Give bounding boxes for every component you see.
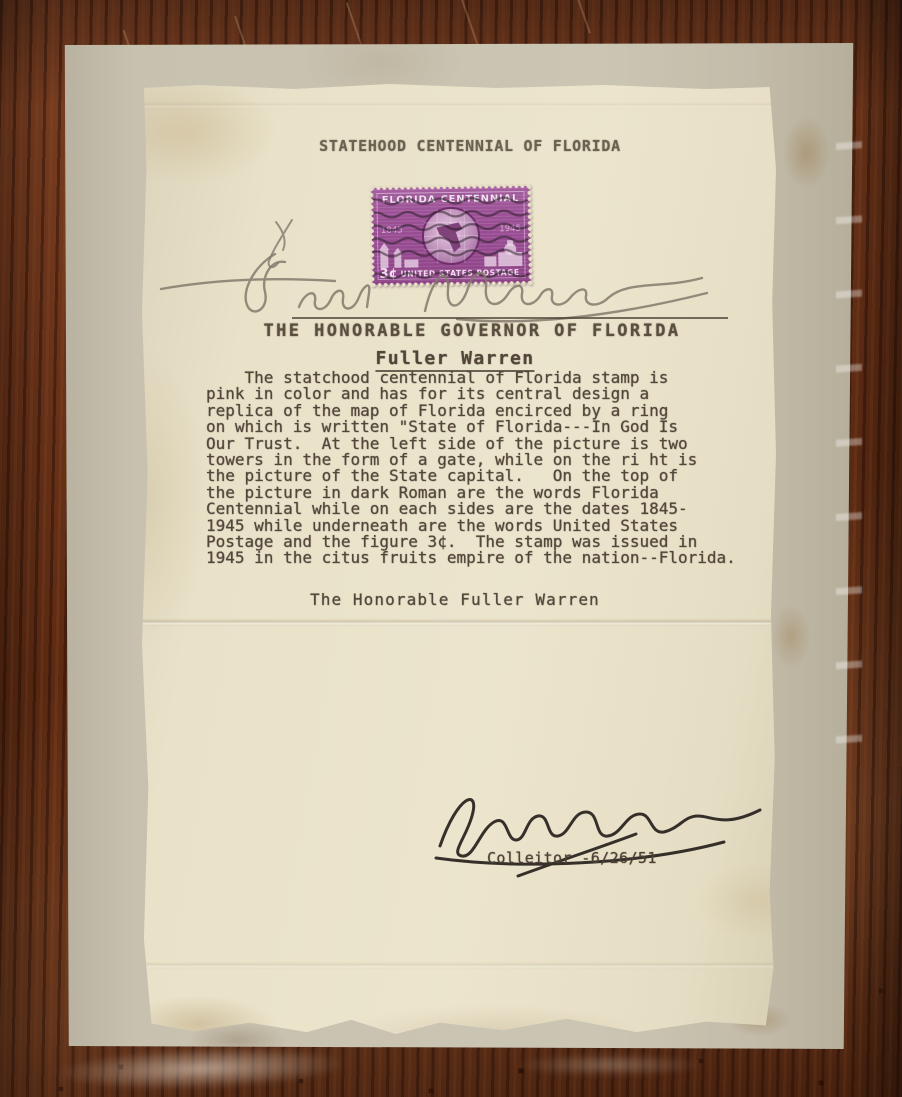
document-title: STATEHOOD CENTENNIAL OF FLORIDA [319,137,621,155]
document-page: STATEHOOD CENTENNIAL OF FLORIDA FLORIDA … [142,84,776,1034]
plastic-sleeve-edge-shine [836,120,862,760]
document-body: The statchood centennial of Florida stam… [206,370,736,567]
paper-crease-lower [142,962,776,969]
plastic-sleeve-bottom-shine-2 [480,1052,740,1078]
wood-grain-specks [0,0,2,2]
photo-of-document-on-wood-table: STATEHOOD CENTENNIAL OF FLORIDA FLORIDA … [0,0,902,1097]
paper-fold-crease [142,619,776,626]
governor-title-line: THE HONORABLE GOVERNOR OF FLORIDA [264,321,681,341]
collector-date-line: Colleitor -6/26/51 [487,849,657,867]
signature-underline [292,317,728,319]
paper-crease-top [142,102,776,109]
closing-line: The Honorable Fuller Warren [310,590,600,609]
